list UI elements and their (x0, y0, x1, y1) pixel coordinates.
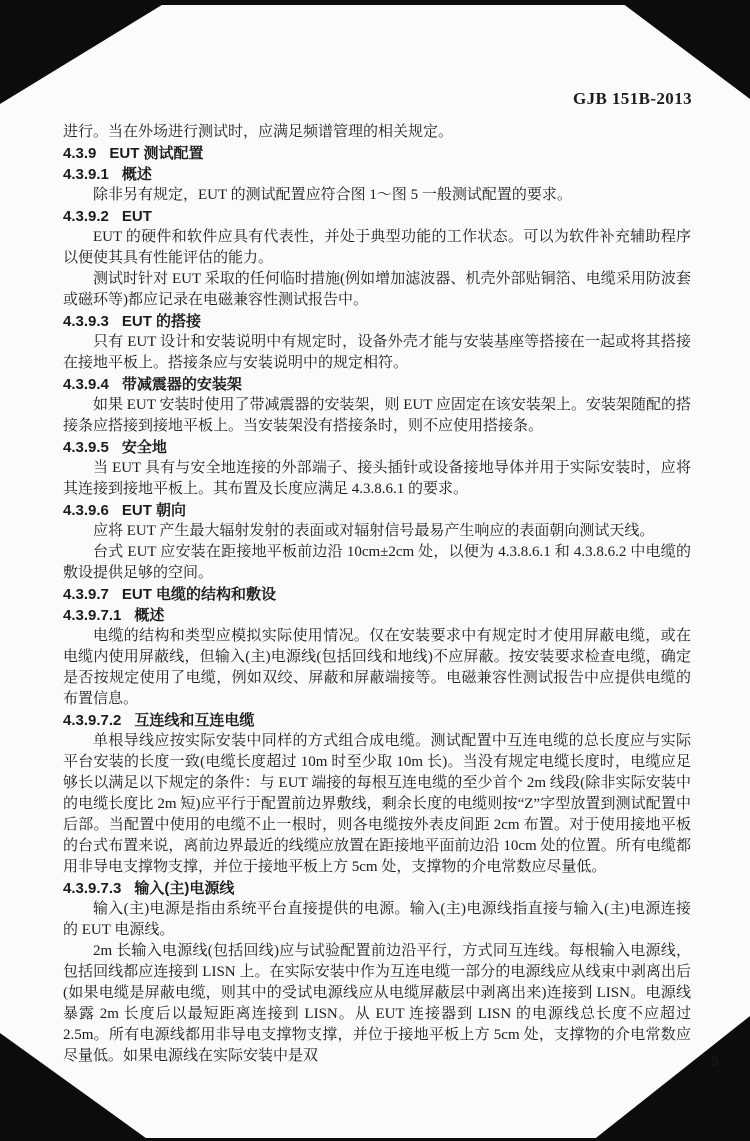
document-body: 进行。当在外场进行测试时，应满足频谱管理的相关规定。 4.3.9EUT 测试配置… (63, 122, 691, 1067)
paragraph: 当 EUT 具有与安全地连接的外部端子、接头插针或设备接地导体并用于实际安装时，… (63, 458, 691, 500)
paragraph: 电缆的结构和类型应模拟实际使用情况。仅在安装要求中有规定时才使用屏蔽电缆，或在电… (63, 626, 691, 710)
section-number: 4.3.9.7.1 (63, 607, 121, 624)
section-title: 安全地 (122, 439, 167, 456)
section-number: 4.3.9.7.2 (63, 712, 121, 729)
section-number: 4.3.9.7.3 (63, 880, 121, 897)
page-number: 5 (711, 1052, 719, 1073)
paragraph: 如果 EUT 安装时使用了带减震器的安装架，则 EUT 应固定在该安装架上。安装… (63, 395, 691, 437)
section-number: 4.3.9.1 (63, 166, 109, 183)
section-number: 4.3.9.5 (63, 439, 109, 456)
section-number: 4.3.9.2 (63, 208, 109, 225)
paragraph: 测试时针对 EUT 采取的任何临时措施(例如增加滤波器、机壳外部贴铜箔、电缆采用… (63, 269, 691, 311)
paragraph: 只有 EUT 设计和安装说明中有规定时，设备外壳才能与安装基座等搭接在一起或将其… (63, 332, 691, 374)
scan-corner-artifact-top-left (0, 0, 170, 104)
section-title: 概述 (122, 166, 152, 183)
section-heading-4-3-9-7-2: 4.3.9.7.2互连线和互连电缆 (63, 710, 691, 731)
standard-number: GJB 151B-2013 (573, 89, 692, 109)
scanned-document-page: GJB 151B-2013 进行。当在外场进行测试时，应满足频谱管理的相关规定。… (0, 0, 750, 1141)
section-heading-4-3-9-2: 4.3.9.2EUT (63, 206, 691, 227)
section-title: 互连线和互连电缆 (134, 712, 254, 729)
section-number: 4.3.9.7 (63, 586, 109, 603)
section-title: EUT 朝向 (122, 502, 186, 519)
section-title: 带减震器的安装架 (122, 376, 242, 393)
section-heading-4-3-9-7-1: 4.3.9.7.1概述 (63, 605, 691, 626)
section-title: EUT 测试配置 (109, 145, 203, 162)
paragraph: 单根导线应按实际安装中同样的方式组合成电缆。测试配置中互连电缆的总长度应与实际平… (63, 731, 691, 878)
section-heading-4-3-9-1: 4.3.9.1概述 (63, 164, 691, 185)
section-title: EUT (122, 208, 152, 225)
paragraph: 台式 EUT 应安装在距接地平板前边沿 10cm±2cm 处，以便为 4.3.8… (63, 542, 691, 584)
section-heading-4-3-9-7-3: 4.3.9.7.3输入(主)电源线 (63, 878, 691, 899)
section-heading-4-3-9-6: 4.3.9.6EUT 朝向 (63, 500, 691, 521)
paragraph: 除非另有规定，EUT 的测试配置应符合图 1～图 5 一般测试配置的要求。 (63, 185, 691, 206)
paragraph: EUT 的硬件和软件应具有代表性，并处于典型功能的工作状态。可以为软件补充辅助程… (63, 227, 691, 269)
section-number: 4.3.9.6 (63, 502, 109, 519)
paragraph-continuation: 进行。当在外场进行测试时，应满足频谱管理的相关规定。 (63, 122, 691, 143)
scan-corner-artifact-top-right (618, 0, 750, 99)
paragraph: 输入(主)电源是指由系统平台直接提供的电源。输入(主)电源线指直接与输入(主)电… (63, 899, 691, 941)
section-number: 4.3.9.3 (63, 313, 109, 330)
section-number: 4.3.9 (63, 145, 96, 162)
section-heading-4-3-9: 4.3.9EUT 测试配置 (63, 143, 691, 164)
section-heading-4-3-9-3: 4.3.9.3EUT 的搭接 (63, 311, 691, 332)
section-heading-4-3-9-4: 4.3.9.4带减震器的安装架 (63, 374, 691, 395)
section-number: 4.3.9.4 (63, 376, 109, 393)
section-heading-4-3-9-7: 4.3.9.7EUT 电缆的结构和敷设 (63, 584, 691, 605)
section-title: 概述 (134, 607, 164, 624)
paragraph: 应将 EUT 产生最大辐射发射的表面或对辐射信号最易产生响应的表面朝向测试天线。 (63, 521, 691, 542)
section-heading-4-3-9-5: 4.3.9.5安全地 (63, 437, 691, 458)
section-title: EUT 电缆的结构和敷设 (122, 586, 276, 603)
section-title: 输入(主)电源线 (134, 880, 234, 897)
section-title: EUT 的搭接 (122, 313, 201, 330)
paragraph: 2m 长输入电源线(包括回线)应与试验配置前边沿平行，方式同互连线。每根输入电源… (63, 941, 691, 1067)
